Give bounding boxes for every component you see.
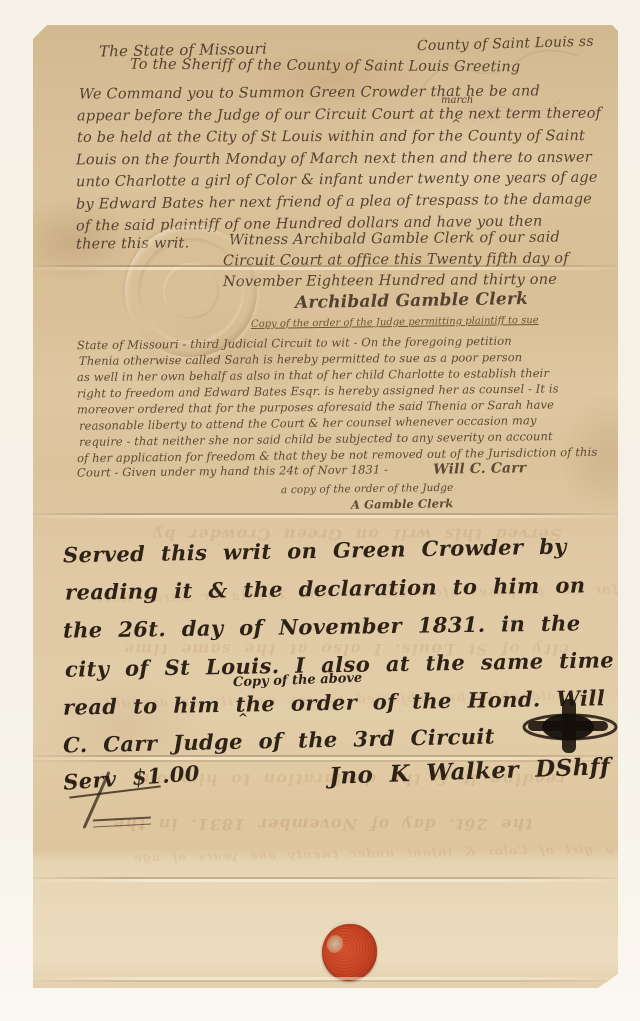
order-line: Thenia otherwise called Sarah is hereby … xyxy=(79,350,522,368)
fold-crease xyxy=(33,513,618,518)
order-line: State of Missouri - third Judicial Circu… xyxy=(77,334,512,353)
order-caption: Copy of the order of the Judge permittin… xyxy=(251,315,539,330)
writ-line: to be held at the City of St Louis withi… xyxy=(77,128,585,146)
service-line: the 26t. day of November 1831. in the xyxy=(63,610,581,642)
clerk-signature: Archibald Gamble Clerk xyxy=(295,289,528,313)
header-salutation: To the Sheriff of the County of Saint Lo… xyxy=(130,57,521,76)
writ-insertion-march: march xyxy=(441,95,473,106)
service-line: Served this writ on Green Crowder by xyxy=(63,534,567,568)
writ-line: unto Charlotte a girl of Color & infant … xyxy=(76,170,598,191)
attest-signature: A Gamble Clerk xyxy=(351,496,454,511)
witness-line: Circuit Court at office this Twenty fift… xyxy=(223,251,569,269)
writ-line: appear before the Judge of our Circuit C… xyxy=(77,106,601,125)
bleed-through-text: the 26t. day of November 1831. in the xyxy=(113,815,532,834)
writ-line: Louis on the fourth Monday of March next… xyxy=(76,150,592,169)
service-line: reading it & the declaration to him on xyxy=(65,572,586,604)
ink-blot-strikeout xyxy=(510,693,628,759)
document-paper: The State of Missouri County of Saint Lo… xyxy=(33,25,618,988)
bleed-through-text: unto Charlotte a girl of Color & infant … xyxy=(133,840,640,865)
order-line: Court - Given under my hand this 24t of … xyxy=(77,462,388,479)
red-wax-seal xyxy=(322,924,377,981)
service-insertion-caret: ^ xyxy=(238,711,248,725)
writ-line: by Edward Bates her next friend of a ple… xyxy=(76,191,592,212)
sheriff-signature: Jno K Walker DShff xyxy=(329,753,611,790)
service-line: C. Carr Judge of the 3rd Circuit xyxy=(63,723,495,757)
witness-line: Witness Archibald Gamble Clerk of our sa… xyxy=(229,230,560,249)
witness-line: November Eighteen Hundred and thirty one xyxy=(223,272,557,290)
scanned-document-photo: { "document": { "header": { "state": "Th… xyxy=(0,0,640,1021)
service-insertion: Copy of the above xyxy=(233,671,363,691)
judge-signature: Will C. Carr xyxy=(433,460,526,478)
fold-crease xyxy=(33,977,618,982)
attest-caption: a copy of the order of the Judge xyxy=(281,482,454,496)
fold-crease xyxy=(33,877,618,882)
